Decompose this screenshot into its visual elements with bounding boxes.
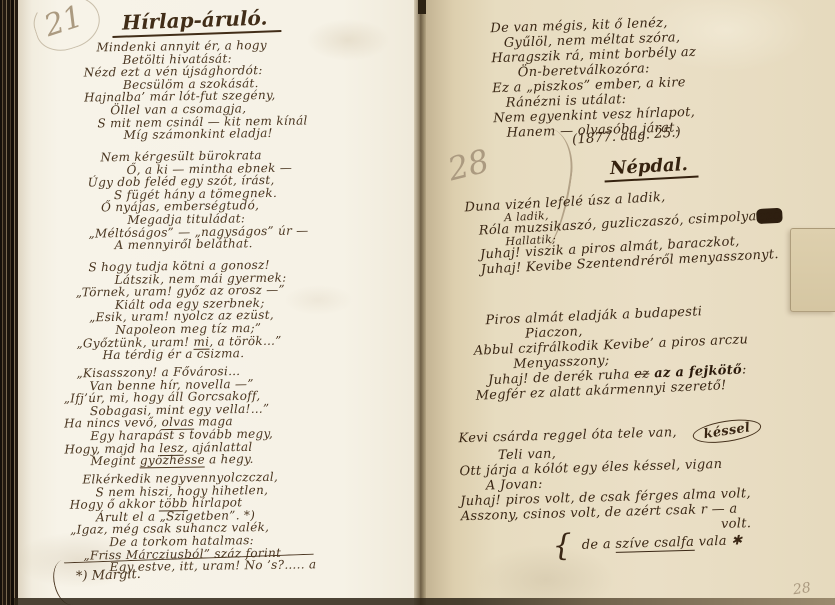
poem-title-hirlap-arulo: Hírlap-áruló. <box>112 5 282 38</box>
text-run: vala ✱ <box>694 533 743 549</box>
left-page: 21 Hírlap-áruló. Mindenki annyit ér, a h… <box>18 0 422 600</box>
manuscript-line: Míg számonkint eladja! <box>124 127 308 142</box>
text-run: Megint <box>91 454 141 469</box>
manuscript-line: { de a szíve csalfa vala ✱ <box>552 533 765 554</box>
text-run: szíve csalfa <box>615 535 694 553</box>
page-gutter <box>414 0 426 605</box>
text-run: gyözhesse <box>140 453 205 469</box>
nepdal-stanza-2: Piros almát eladják a budapestiPiaczon,A… <box>472 302 750 403</box>
book-binding-edge <box>0 0 18 605</box>
text-run: de a <box>582 537 616 553</box>
manuscript-line: Megint gyözhesse a hegy. <box>91 453 274 468</box>
manuscript-scan: 21 Hírlap-áruló. Mindenki annyit ér, a h… <box>0 0 835 605</box>
text-run: szó <box>756 208 783 224</box>
text-run: volt. <box>721 516 752 532</box>
text-run: ez <box>634 366 650 382</box>
nepdal-stanza-3: Kevi csárda reggel óta tele van,késselTe… <box>458 420 765 556</box>
text-run: Kevi csárda reggel óta tele van, <box>458 425 677 446</box>
stanza-1: Mindenki annyit ér, a hogyBetölti hivatá… <box>83 38 308 142</box>
text-run: { <box>552 528 582 564</box>
corner-page-number: 28 <box>792 580 812 598</box>
text-run: fejkötő <box>689 363 743 380</box>
stanza-4: „Kisasszony! a Fővárosi…Van benne hír, n… <box>63 365 273 469</box>
stanza-3: S hogy tudja kötni a gonosz!Látszik, nem… <box>75 259 287 363</box>
manuscript-line: Ha térdig ér a csizma. <box>103 347 288 362</box>
poem-title-nepdal: Népdal. <box>603 154 698 183</box>
nepdal-stanza-1: Duna vizén lefelé úsz a ladik,A ladik,Ró… <box>464 184 785 279</box>
manuscript-line: volt. <box>721 516 765 532</box>
text-run: a hegy. <box>205 452 254 467</box>
text-run: A mennyiről beláthat. <box>115 236 253 252</box>
text-run: Míg számonkint eladja! <box>124 126 273 142</box>
page-bottom-edge <box>14 598 835 605</box>
text-run: : <box>742 362 747 377</box>
text-run: Teli van, <box>498 447 557 464</box>
stanza-continuation: De van mégis, kit ő lenéz,Gyűlöl, nem mé… <box>490 15 698 141</box>
text-run: az a <box>649 365 689 382</box>
manuscript-line: A mennyiről beláthat. <box>115 237 309 252</box>
footnote-margit: *) Margit. <box>76 567 141 584</box>
right-page: De van mégis, kit ő lenéz,Gyűlöl, nem mé… <box>426 0 835 605</box>
text-run: A Jovan: <box>486 477 543 494</box>
stanza-2: Nem kérgesült bürokrataŐ, a ki — mintha … <box>87 148 308 252</box>
pencil-page-number-right: 28 <box>444 142 493 189</box>
text-run: Ha térdig ér a csizma. <box>103 346 245 362</box>
repair-tape-patch <box>790 228 835 312</box>
